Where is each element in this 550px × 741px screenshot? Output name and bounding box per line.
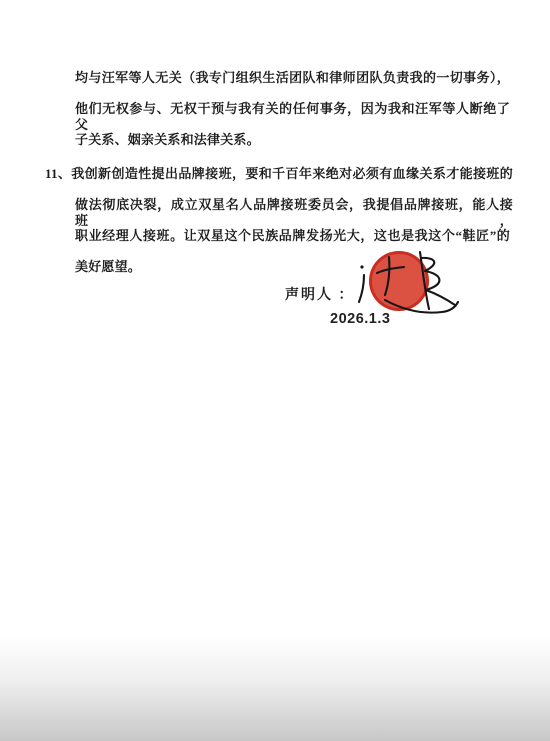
paragraph-line: 子关系、姻亲关系和法律关系。: [75, 132, 260, 148]
scanned-statement-page: { "page": { "background_top": "#ffffff",…: [0, 0, 550, 741]
statement-date: 2026.1.3: [330, 311, 390, 327]
list-item-11-line: 做法彻底决裂，成立双星名人品牌接班委员会，我提倡品牌接班，能人接班，: [75, 197, 513, 229]
paragraph-line: 均与汪军等人无关（我专门组织生活团队和律师团队负责我的一切事务），: [75, 70, 510, 86]
list-item-11-line: 美好愿望。: [75, 259, 141, 275]
paragraph-line: 他们无权参与、无权干预与我有关的任何事务，因为我和汪军等人断绝了父: [75, 101, 510, 133]
list-item-11-line: 11、我创新创造性提出品牌接班，要和千百年来绝对必须有血缘关系才能接班的: [45, 166, 513, 182]
red-seal-stamp-icon: [369, 251, 429, 311]
